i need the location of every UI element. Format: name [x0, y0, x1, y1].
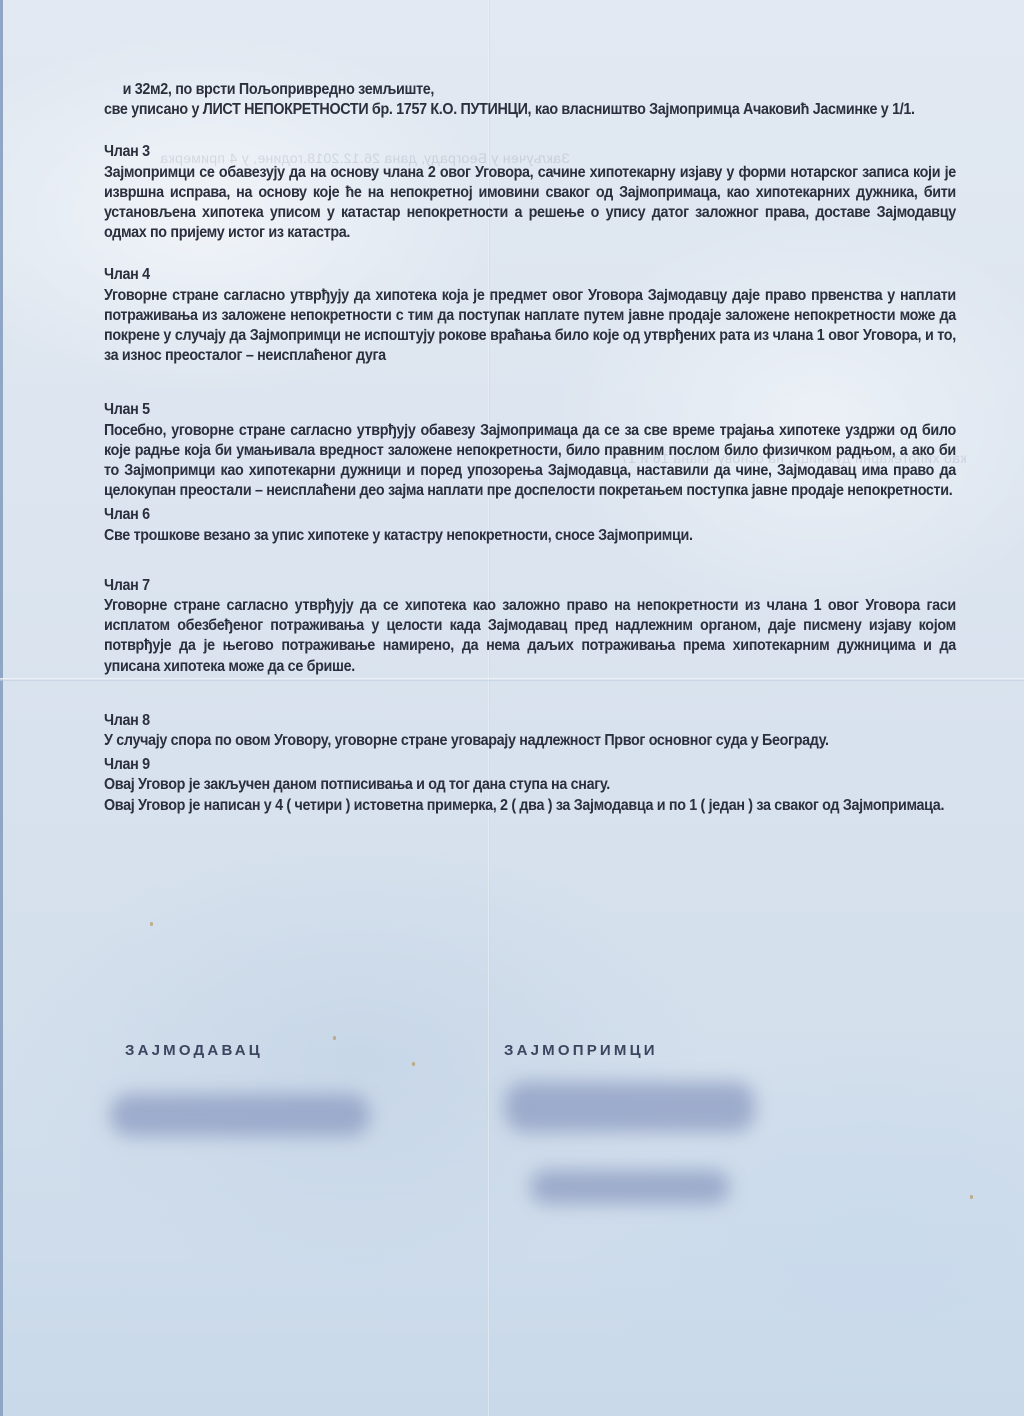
article-paragraph: Све трошкове везано за упис хипотеке у к… [104, 526, 956, 546]
article-heading: Члан 7 [104, 576, 956, 596]
article-paragraph: У случају спора по овом Уговору, уговорн… [104, 731, 956, 751]
article-3: Члан 3 Зајмопримци се обавезују да на ос… [104, 142, 956, 243]
article-paragraph: Посебно, уговорне стране сагласно утврђу… [104, 421, 956, 502]
intro-line-1: и 32м2, по врсти Пољопривредно земљиште, [104, 80, 956, 100]
article-paragraph: Уговорне стране сагласно утврђују да се … [104, 596, 956, 677]
scanned-document-page: Закључен у Београду, дана 26.12.2018.год… [0, 0, 1024, 1416]
article-heading: Члан 4 [104, 265, 956, 285]
lender-signature-label: ЗАЈМОДАВАЦ [125, 1042, 263, 1059]
article-paragraph: Зајмопримци се обавезују да на основу чл… [104, 163, 956, 244]
article-4: Члан 4 Уговорне стране сагласно утврђују… [104, 265, 956, 366]
article-heading: Члан 3 [104, 142, 956, 162]
redacted-lender-name [110, 1094, 370, 1136]
redacted-borrower-name-1 [505, 1082, 755, 1132]
document-body: и 32м2, по врсти Пољопривредно земљиште,… [104, 80, 956, 816]
article-paragraph: Овај Уговор је закључен даном потписивањ… [104, 775, 956, 795]
article-heading: Члан 5 [104, 400, 956, 420]
article-8: Члан 8 У случају спора по овом Уговору, … [104, 711, 956, 751]
article-6: Члан 6 Све трошкове везано за упис хипот… [104, 505, 956, 545]
article-heading: Члан 6 [104, 505, 956, 525]
article-heading: Члан 9 [104, 755, 956, 775]
article-9: Члан 9 Овај Уговор је закључен даном пот… [104, 755, 956, 816]
intro-line-2: све уписано у ЛИСТ НЕПОКРЕТНОСТИ бр. 175… [104, 100, 956, 120]
article-7: Члан 7 Уговорне стране сагласно утврђују… [104, 576, 956, 677]
redacted-borrower-name-2 [530, 1170, 730, 1204]
article-paragraph: Уговорне стране сагласно утврђују да хип… [104, 286, 956, 367]
article-paragraph: Овај Уговор је написан у 4 ( четири ) ис… [104, 796, 956, 816]
signature-block: ЗАЈМОДАВАЦ ЗАЈМОПРИМЦИ [0, 1042, 1024, 1242]
paper-speck [333, 1036, 336, 1040]
borrowers-signature-label: ЗАЈМОПРИМЦИ [504, 1042, 658, 1059]
article-5: Члан 5 Посебно, уговорне стране сагласно… [104, 400, 956, 501]
paper-speck [150, 922, 153, 926]
article-heading: Члан 8 [104, 711, 956, 731]
